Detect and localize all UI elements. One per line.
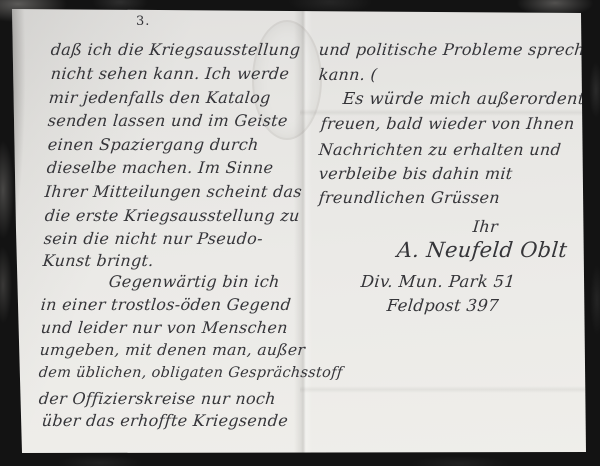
handwriting-line: Kunst bringt. <box>42 251 155 270</box>
scanned-letter-photo: 3. daß ich die Kriegsausstellung nicht s… <box>0 0 600 466</box>
handwriting-line: freundlichen Grüssen <box>318 188 501 207</box>
handwriting-line: nicht sehen kann. Ich werde <box>50 64 290 83</box>
handwriting-line: die erste Kriegsausstellung zu <box>44 206 301 225</box>
handwriting-line: dem üblichen, obligaten Gesprächsstoff <box>38 365 343 381</box>
handwriting-line: und politische Probleme sprechen <box>318 40 600 59</box>
field-address-line: Div. Mun. Park 51 <box>360 272 516 291</box>
signature: A. Neufeld Oblt <box>396 238 568 262</box>
handwriting-line: Nachrichten zu erhalten und <box>318 140 562 159</box>
handwriting-line: Gegenwärtig bin ich <box>108 272 281 291</box>
page-number: 3. <box>136 14 150 29</box>
handwriting-line: umgeben, mit denen man, außer <box>39 341 306 359</box>
handwriting-line: verbleibe bis dahin mit <box>318 164 513 183</box>
handwriting-line: daß ich die Kriegsausstellung <box>50 40 301 59</box>
handwriting-line: dieselbe machen. Im Sinne <box>46 158 274 177</box>
field-address-line: Feldpost 397 <box>386 296 500 315</box>
handwriting-line: über das erhoffte Kriegsende <box>41 411 289 430</box>
handwriting-line: Ihrer Mitteilungen scheint das <box>44 182 303 201</box>
handwriting-line: freuen, bald wieder von Ihnen <box>320 114 575 133</box>
handwriting-line: senden lassen und im Geiste <box>47 111 289 130</box>
handwriting-line: und leider nur von Menschen <box>40 318 289 337</box>
handwriting-line: der Offizierskreise nur noch <box>38 389 277 408</box>
handwriting-line: einen Spaziergang durch <box>47 135 260 154</box>
handwriting-line: sein die nicht nur Pseudo- <box>43 229 264 248</box>
valediction: Ihr <box>472 217 499 236</box>
letter-sheet: 3. daß ich die Kriegsausstellung nicht s… <box>0 0 600 466</box>
handwriting-line: kann. ( <box>318 65 378 84</box>
handwriting-line: Es würde mich außerordentlich <box>342 89 600 108</box>
handwriting-line: in einer trostlos-öden Gegend <box>40 295 292 314</box>
horizontal-crease-lower <box>300 386 586 393</box>
center-fold-line <box>294 0 312 466</box>
handwriting-line: mir jedenfalls den Katalog <box>48 88 271 107</box>
